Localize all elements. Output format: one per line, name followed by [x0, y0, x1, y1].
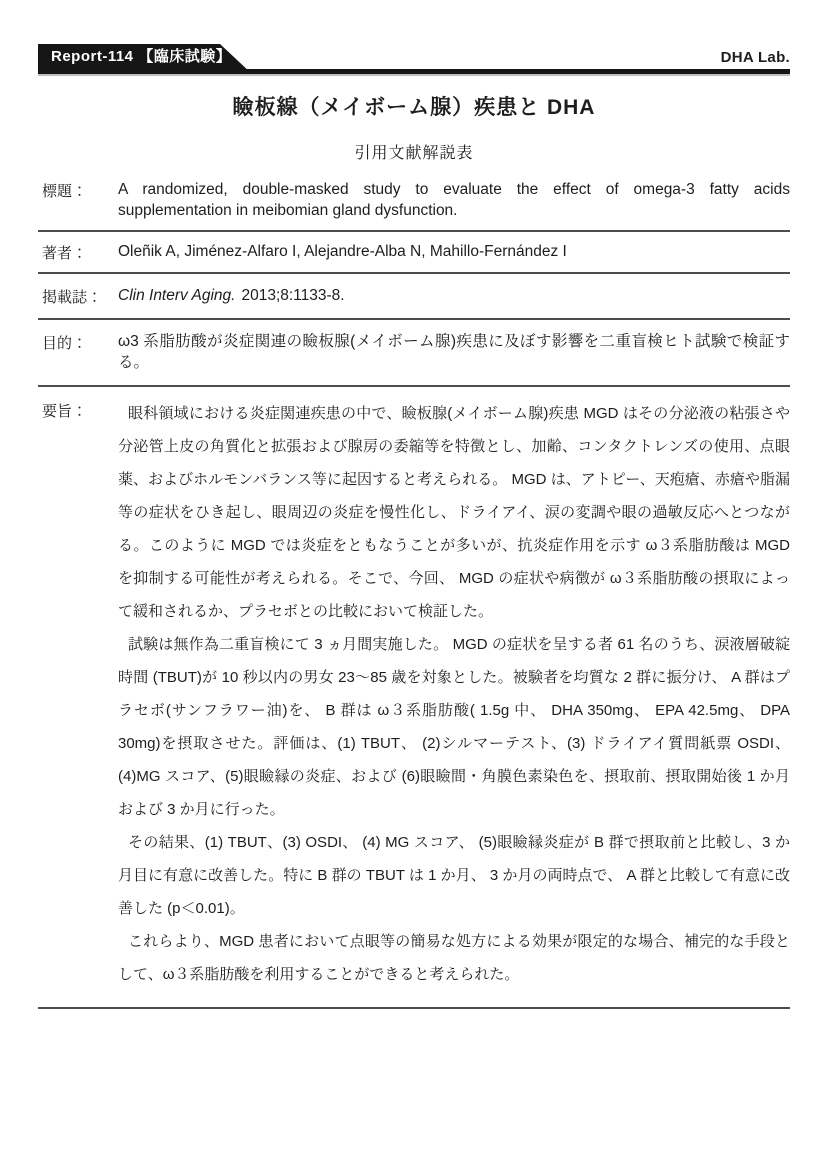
table-row-journal: 掲載誌： Clin Interv Aging.2013;8:1133-8. — [38, 274, 790, 320]
summary-paragraph: 眼科領域における炎症関連疾患の中で、瞼板腺(メイボーム腺)疾患 MGD はその分… — [118, 397, 790, 628]
field-label-purpose: 目的： — [38, 331, 118, 374]
table-row-purpose: 目的： ω3 系脂肪酸が炎症関連の瞼板腺(メイボーム腺)疾患に及ぼす影響を二重盲… — [38, 320, 790, 387]
field-value-title: A randomized, double-masked study to eva… — [118, 179, 790, 222]
summary-paragraph: これらより、MGD 患者において点眼等の簡易な処方による効果が限定的な場合、補完… — [118, 925, 790, 991]
page-title: 瞼板線（メイボーム腺）疾患と DHA — [38, 91, 790, 121]
reference-table: 標題： A randomized, double-masked study to… — [38, 174, 790, 1009]
brand-logo-text: DHA Lab. — [721, 49, 790, 66]
table-row-authors: 著者： Oleñik A, Jiménez-Alfaro I, Alejandr… — [38, 232, 790, 274]
table-row-summary: 要旨： 眼科領域における炎症関連疾患の中で、瞼板腺(メイボーム腺)疾患 MGD … — [38, 387, 790, 1009]
header-rule — [38, 69, 790, 74]
page-subtitle: 引用文献解説表 — [38, 140, 790, 163]
page-header: Report-114 【臨床試験】 DHA Lab. — [38, 44, 790, 74]
field-label-title: 標題： — [38, 179, 118, 222]
field-value-authors: Oleñik A, Jiménez-Alfaro I, Alejandre-Al… — [118, 241, 790, 263]
summary-paragraph: その結果、(1) TBUT、(3) OSDI、 (4) MG スコア、 (5)眼… — [118, 826, 790, 925]
field-value-purpose: ω3 系脂肪酸が炎症関連の瞼板腺(メイボーム腺)疾患に及ぼす影響を二重盲検ヒト試… — [118, 331, 790, 374]
field-label-authors: 著者： — [38, 241, 118, 263]
field-value-summary: 眼科領域における炎症関連疾患の中で、瞼板腺(メイボーム腺)疾患 MGD はその分… — [118, 397, 790, 991]
journal-name: Clin Interv Aging. — [118, 287, 235, 304]
table-row-title: 標題： A randomized, double-masked study to… — [38, 174, 790, 232]
field-label-summary: 要旨： — [38, 397, 118, 991]
journal-citation: 2013;8:1133-8. — [241, 287, 344, 304]
field-label-journal: 掲載誌： — [38, 285, 118, 307]
field-value-journal: Clin Interv Aging.2013;8:1133-8. — [118, 285, 790, 307]
summary-paragraph: 試験は無作為二重盲検にて 3 ヵ月間実施した。 MGD の症状を呈する者 61 … — [118, 628, 790, 826]
page-content: Report-114 【臨床試験】 DHA Lab. 瞼板線（メイボーム腺）疾患… — [38, 0, 790, 1009]
